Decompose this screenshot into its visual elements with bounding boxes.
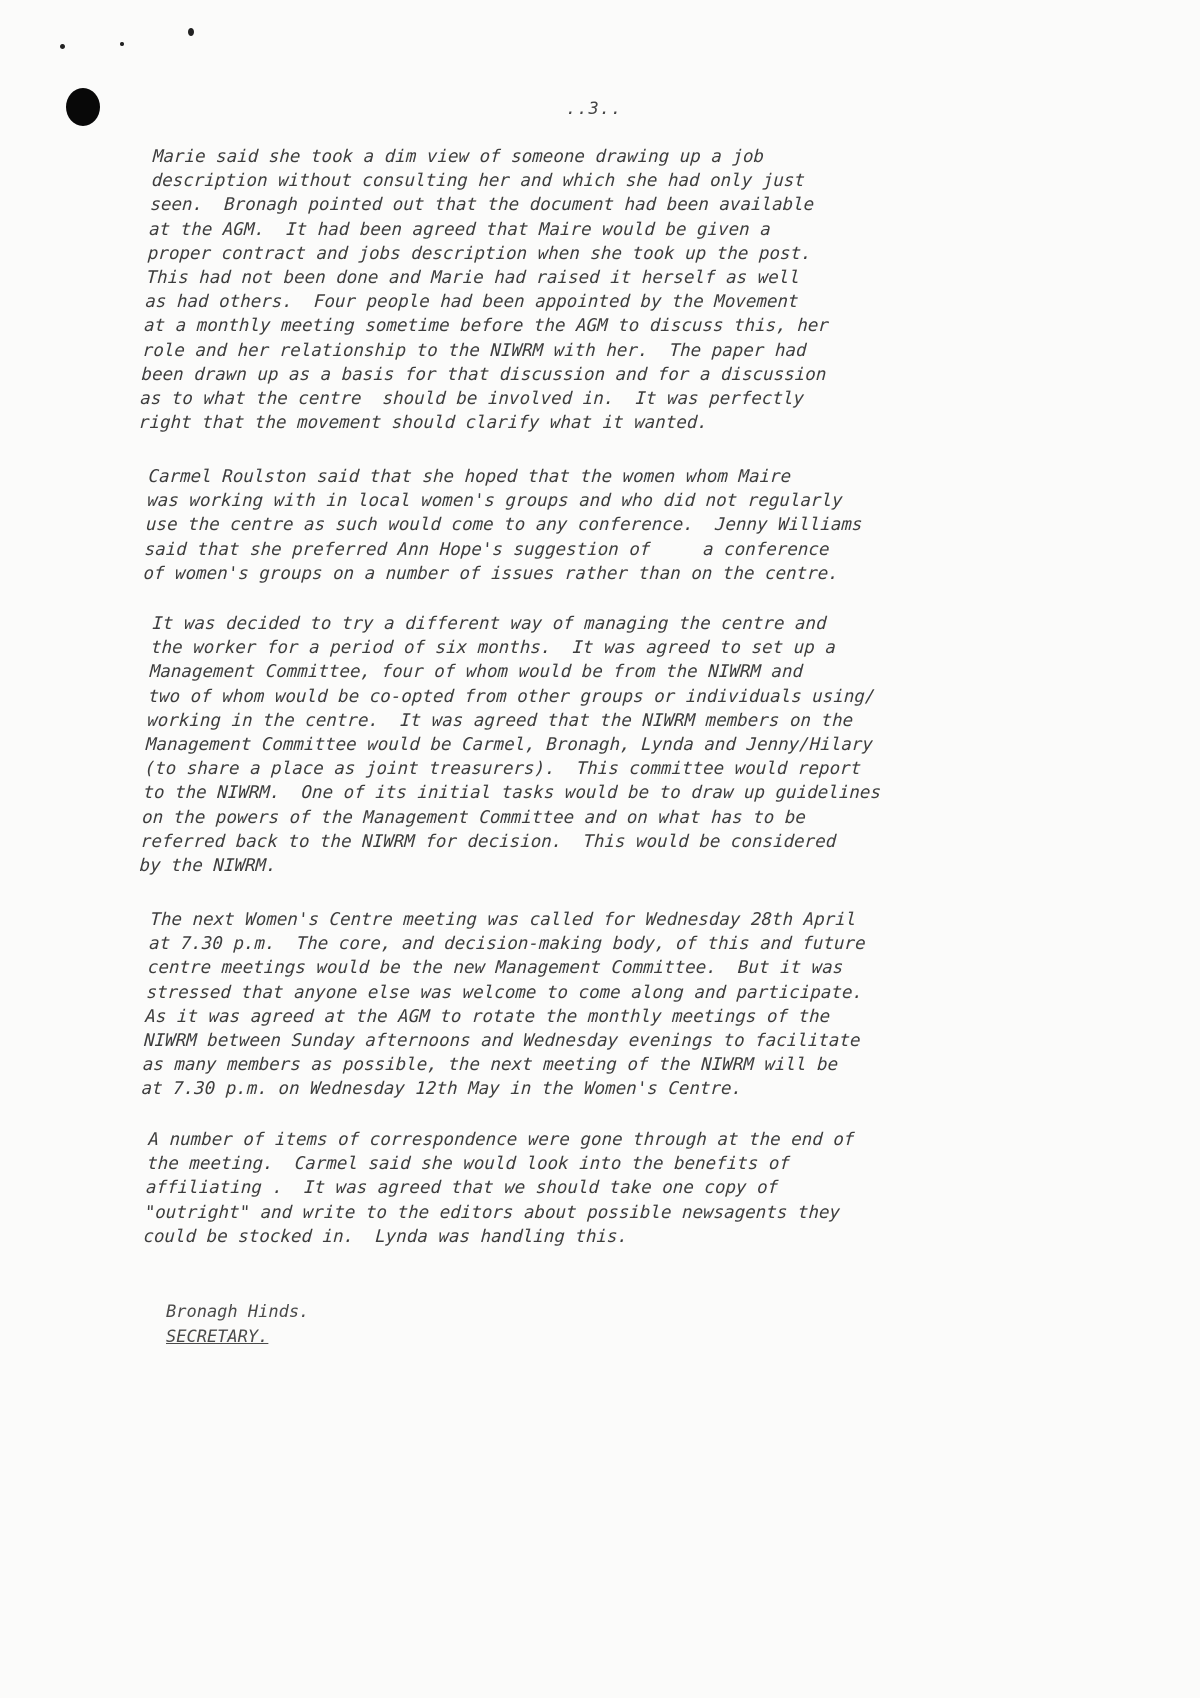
paragraph-correspondence: A number of items of correspondence were…	[143, 1128, 1049, 1249]
text-line: Marie said she took a dim view of someon…	[152, 145, 1053, 169]
paragraph-next-meeting: The next Women's Centre meeting was call…	[141, 908, 1051, 1102]
text-line: NIWRM between Sunday afternoons and Wedn…	[143, 1029, 1044, 1053]
text-line: use the centre as such would come to any…	[145, 513, 1046, 537]
text-line: The next Women's Centre meeting was call…	[150, 908, 1051, 932]
text-line: stressed that anyone else was welcome to…	[146, 981, 1047, 1005]
text-line: right that the movement should clarify w…	[138, 411, 1039, 435]
paragraph-conference: Carmel Roulston said that she hoped that…	[143, 465, 1049, 586]
text-line: by the NIWRM.	[139, 854, 1040, 878]
text-line: the meeting. Carmel said she would look …	[147, 1152, 1048, 1176]
text-line: description without consulting her and w…	[151, 169, 1052, 193]
text-line: been drawn up as a basis for that discus…	[141, 363, 1042, 387]
page-mark-dot	[120, 42, 124, 46]
text-line: Management Committee, four of whom would…	[149, 660, 1050, 684]
paragraph-job-description: Marie said she took a dim view of someon…	[138, 145, 1053, 435]
text-line: could be stocked in. Lynda was handling …	[143, 1225, 1044, 1249]
text-line: as many members as possible, the next me…	[142, 1053, 1043, 1077]
text-line: at 7.30 p.m. on Wednesday 12th May in th…	[141, 1077, 1042, 1101]
text-line: on the powers of the Management Committe…	[142, 806, 1043, 830]
text-line: role and her relationship to the NIWRM w…	[142, 339, 1043, 363]
text-line: was working with in local women's groups…	[147, 489, 1048, 513]
text-line: at the AGM. It had been agreed that Mair…	[149, 218, 1050, 242]
text-line: of women's groups on a number of issues …	[143, 562, 1044, 586]
text-line: referred back to the NIWRM for decision.…	[140, 830, 1041, 854]
text-line: at 7.30 p.m. The core, and decision-maki…	[149, 932, 1050, 956]
text-line: working in the centre. It was agreed tha…	[147, 709, 1048, 733]
text-line: at a monthly meeting sometime before the…	[143, 314, 1044, 338]
text-line: Carmel Roulston said that she hoped that…	[148, 465, 1049, 489]
text-line: (to share a place as joint treasurers). …	[144, 757, 1045, 781]
text-line: centre meetings would be the new Managem…	[147, 956, 1048, 980]
punch-hole	[66, 88, 100, 126]
text-line: As it was agreed at the AGM to rotate th…	[145, 1005, 1046, 1029]
text-line: as had others. Four people had been appo…	[145, 290, 1046, 314]
text-line: Management Committee would be Carmel, Br…	[145, 733, 1046, 757]
text-line: affiliating . It was agreed that we shou…	[145, 1176, 1046, 1200]
text-line: seen. Bronagh pointed out that the docum…	[150, 193, 1051, 217]
page-mark-dot	[60, 44, 65, 49]
signature-name: Bronagh Hinds.	[166, 1302, 309, 1322]
paragraph-management-committee: It was decided to try a different way of…	[139, 612, 1053, 878]
page-mark-dot	[188, 28, 194, 36]
text-line: said that she preferred Ann Hope's sugge…	[144, 538, 1045, 562]
page-number: ..3..	[566, 99, 622, 119]
text-line: proper contract and jobs description whe…	[147, 242, 1048, 266]
text-line: to the NIWRM. One of its initial tasks w…	[143, 781, 1044, 805]
text-line: as to what the centre should be involved…	[140, 387, 1041, 411]
text-line: "outright" and write to the editors abou…	[144, 1201, 1045, 1225]
text-line: This had not been done and Marie had rai…	[146, 266, 1047, 290]
text-line: A number of items of correspondence were…	[148, 1128, 1049, 1152]
text-line: two of whom would be co-opted from other…	[148, 685, 1049, 709]
signature-title: SECRETARY.	[166, 1327, 268, 1347]
text-line: It was decided to try a different way of…	[152, 612, 1053, 636]
text-line: the worker for a period of six months. I…	[150, 636, 1051, 660]
